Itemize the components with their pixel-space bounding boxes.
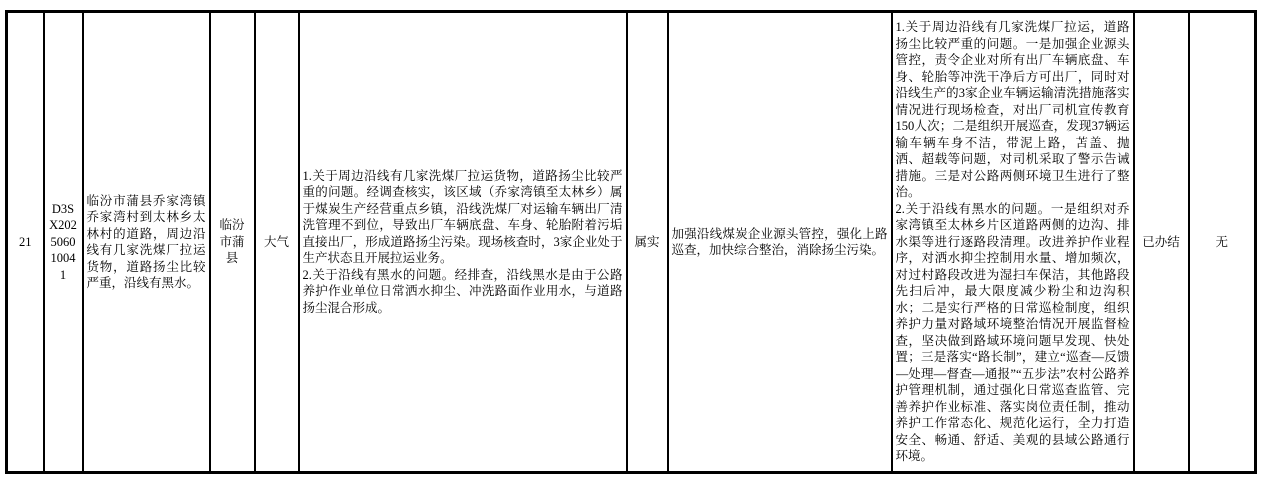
investigation-text: 1.关于周边沿线有几家洗煤厂拉运货物，道路扬尘比较严重的问题。经调查核实，该区域… [303,168,623,317]
investigation-item-2: 2.关于沿线有黑水的问题。经排查，沿线黑水是由于公路养护作业单位日常洒水抑尘、冲… [303,267,623,317]
cell-handling-detail: 1.关于周边沿线有几家洗煤厂拉运，道路扬尘比较严重的问题。一是加强企业源头管控，… [892,12,1134,473]
handling-item-1: 1.关于周边沿线有几家洗煤厂拉运，道路扬尘比较严重的问题。一是加强企业源头管控，… [896,19,1130,201]
investigation-item-1: 1.关于周边沿线有几家洗煤厂拉运货物，道路扬尘比较严重的问题。经调查核实，该区域… [303,168,623,267]
cell-completion-status: 已办结 [1134,12,1189,473]
cell-handling-measures: 加强沿线煤炭企业源头管控，强化上路巡查，加快综合整治，消除扬尘污染。 [668,12,892,473]
handling-detail-text: 1.关于周边沿线有几家洗煤厂拉运，道路扬尘比较严重的问题。一是加强企业源头管控，… [896,19,1130,465]
cell-case-number: D3SX202506010041 [44,12,83,473]
cell-region: 临汾市蒲县 [210,12,255,473]
cell-complaint-content: 临汾市蒲县乔家湾镇乔家湾村到太林乡太林村的道路，周边沿线有几家洗煤厂拉运货物，道… [83,12,210,473]
complaint-handling-table: 21 D3SX202506010041 临汾市蒲县乔家湾镇乔家湾村到太林乡太林村… [5,10,1257,474]
document-page: 21 D3SX202506010041 临汾市蒲县乔家湾镇乔家湾村到太林乡太林村… [0,0,1261,484]
handling-item-2: 2.关于沿线有黑水的问题。一是组织对乔家湾镇至太林乡片区道路两侧的边沟、排水渠等… [896,201,1130,465]
cell-investigation-result: 1.关于周边沿线有几家洗煤厂拉运货物，道路扬尘比较严重的问题。经调查核实，该区域… [299,12,627,473]
cell-pollution-category: 大气 [255,12,299,473]
cell-accountability: 无 [1189,12,1256,473]
cell-sequence-number: 21 [7,12,44,473]
table-row: 21 D3SX202506010041 临汾市蒲县乔家湾镇乔家湾村到太林乡太林村… [7,12,1256,473]
cell-verification-status: 属实 [627,12,668,473]
